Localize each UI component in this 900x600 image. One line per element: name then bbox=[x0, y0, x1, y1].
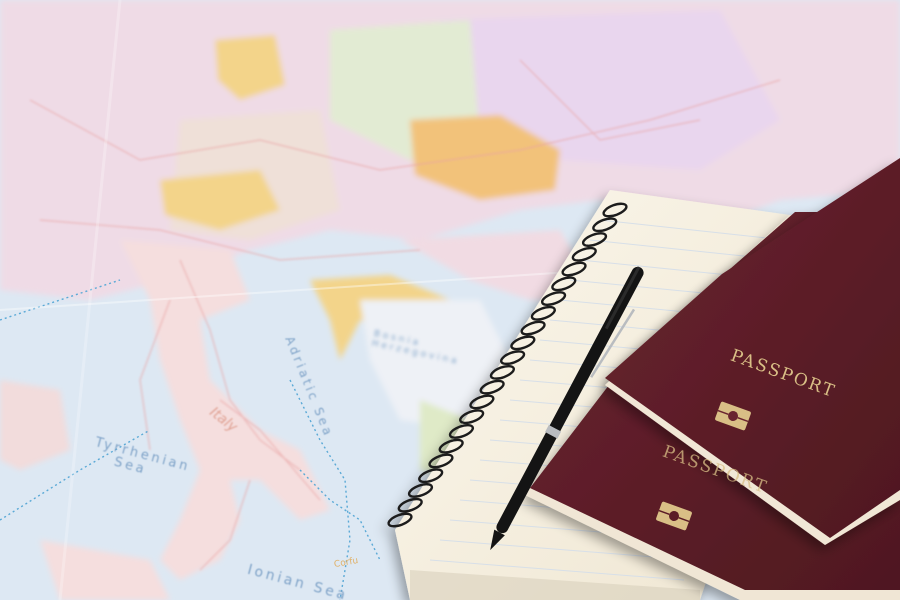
map-and-objects bbox=[0, 0, 900, 600]
travel-photo: Italy Adriatic Sea Tyrrhenian Sea Ionian… bbox=[0, 0, 900, 600]
